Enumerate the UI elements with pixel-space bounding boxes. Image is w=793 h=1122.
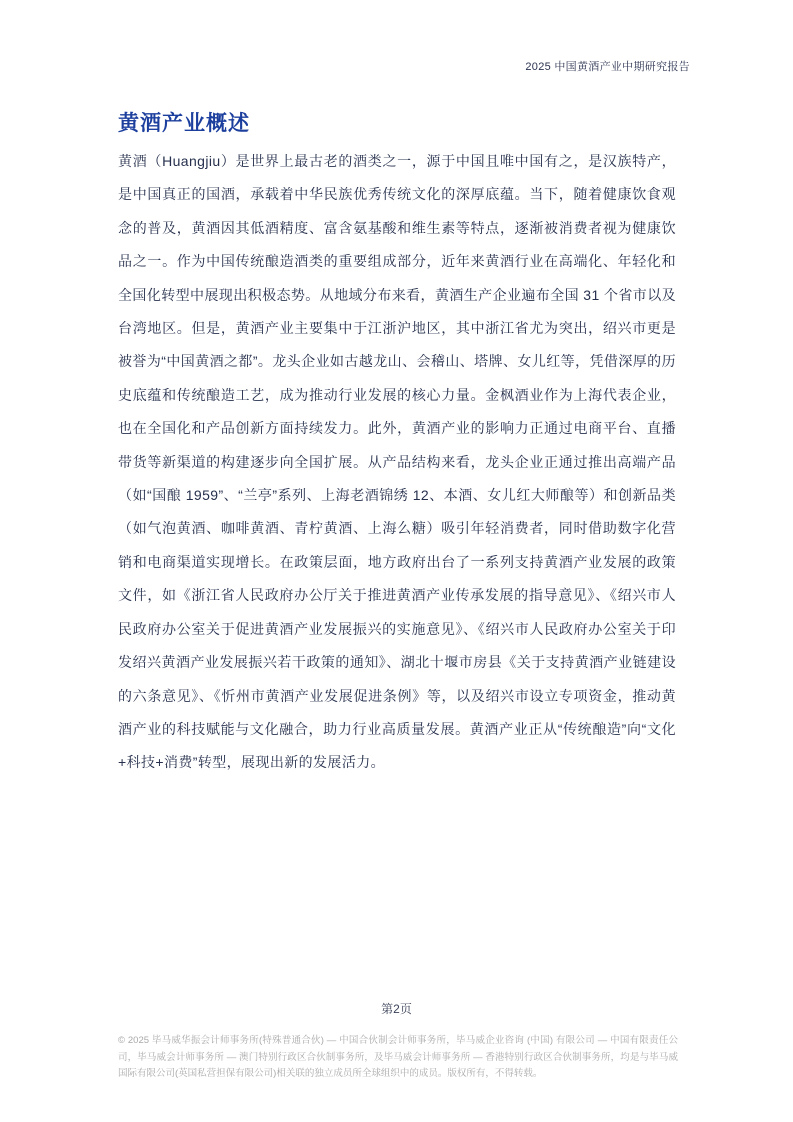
page-number: 第2页 (0, 1000, 793, 1017)
section-body-paragraph: 黄酒（Huangjiu）是世界上最古老的酒类之一，源于中国且唯中国有之，是汉族特… (118, 145, 676, 780)
report-page: 2025 中国黄酒产业中期研究报告 黄酒产业概述 黄酒（Huangjiu）是世界… (0, 0, 793, 1122)
report-header-title: 2025 中国黄酒产业中期研究报告 (118, 58, 690, 74)
section-title: 黄酒产业概述 (118, 107, 675, 137)
copyright-notice: © 2025 毕马威华振会计师事务所(特殊普通合伙) — 中国合伙制会计师事务所… (118, 1033, 678, 1083)
